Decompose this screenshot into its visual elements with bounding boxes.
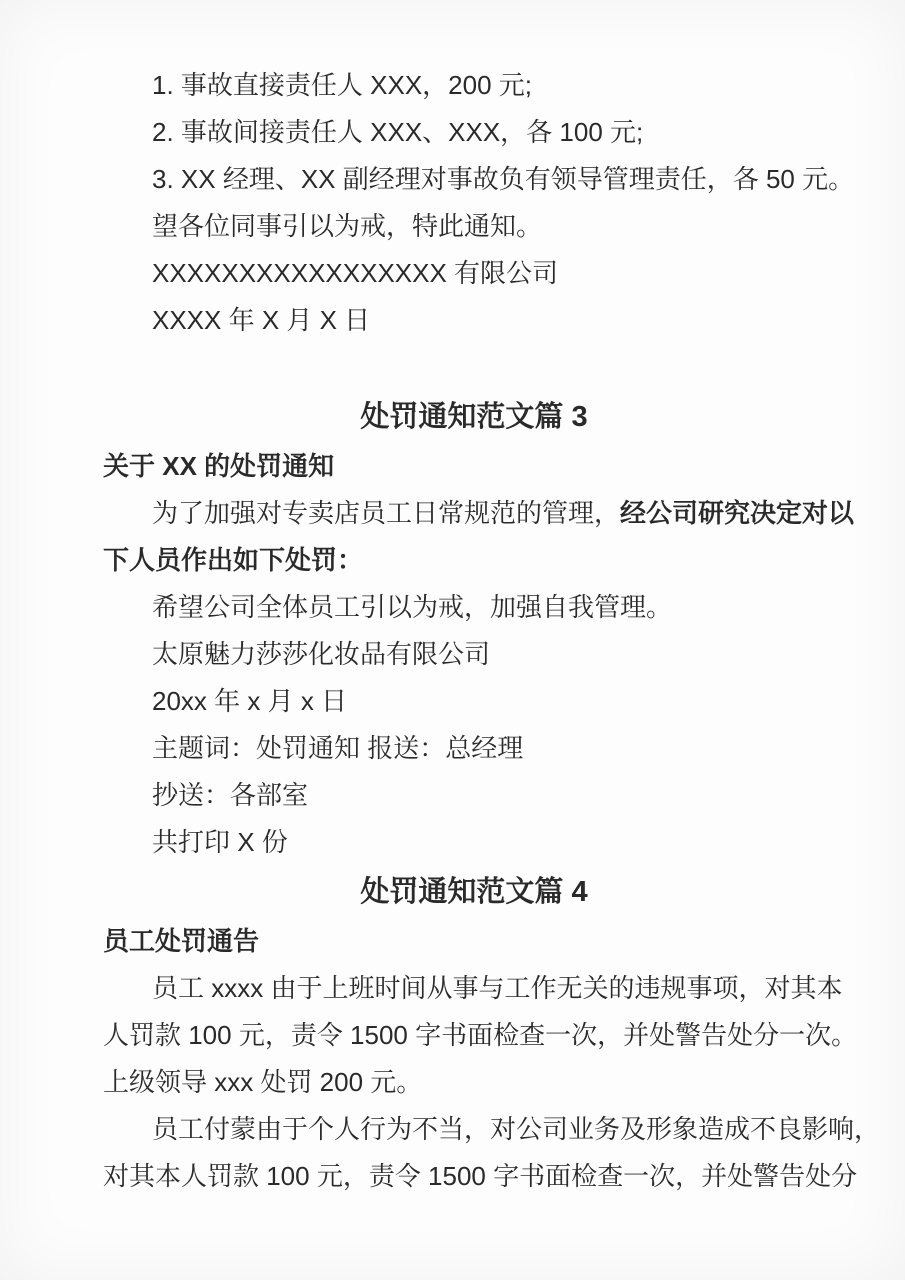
notice3-print-count-line: 共打印 X 份 [103,819,845,866]
notice3-cc-line: 抄送：各部室 [103,772,845,819]
notice3-paragraph-line-1: 为了加强对专卖店员工日常规范的管理，经公司研究决定对以 [103,490,845,537]
notice3-date-signature: 20xx 年 x 月 x 日 [103,678,845,725]
notice4-paragraph2-line-1: 员工付蒙由于个人行为不当，对公司业务及形象造成不良影响， [103,1106,845,1153]
closing-line: 望各位同事引以为戒，特此通知。 [103,203,845,250]
list-item-3: 3. XX 经理、XX 副经理对事故负有领导管理责任，各 50 元。 [103,156,845,203]
notice3-paragraph-bold-inline: 经公司研究决定对以 [620,498,854,528]
list-item-2: 2. 事故间接责任人 XXX、XXX，各 100 元; [103,109,845,156]
section-title-4: 处罚通知范文篇 4 [103,866,845,918]
notice4-paragraph1-line-2: 人罚款 100 元，责令 1500 字书面检查一次，并处警告处分一次。 [103,1012,845,1059]
notice3-paragraph-lead: 为了加强对专卖店员工日常规范的管理， [152,498,620,528]
date-signature: XXXX 年 X 月 X 日 [103,297,845,344]
notice4-paragraph1-line-1: 员工 xxxx 由于上班时间从事与工作无关的违规事项，对其本 [103,965,845,1012]
notice4-paragraph2-line-2: 对其本人罚款 100 元，责令 1500 字书面检查一次，并处警告处分 [103,1153,845,1200]
document-page: 1. 事故直接责任人 XXX，200 元; 2. 事故间接责任人 XXX、XXX… [0,0,905,1280]
notice3-hope-line: 希望公司全体员工引以为戒，加强自我管理。 [103,584,845,631]
notice3-subject-line: 主题词：处罚通知 报送：总经理 [103,725,845,772]
notice3-heading: 关于 XX 的处罚通知 [103,443,845,490]
notice3-paragraph-line-2: 下人员作出如下处罚： [103,537,845,584]
notice4-heading: 员工处罚通告 [103,918,845,965]
notice3-company-signature: 太原魅力莎莎化妆品有限公司 [103,631,845,678]
company-signature: XXXXXXXXXXXXXXXXX 有限公司 [103,250,845,297]
notice4-paragraph1-line-3: 上级领导 xxx 处罚 200 元。 [103,1059,845,1106]
section-title-3: 处罚通知范文篇 3 [103,391,845,443]
list-item-1: 1. 事故直接责任人 XXX，200 元; [103,62,845,109]
